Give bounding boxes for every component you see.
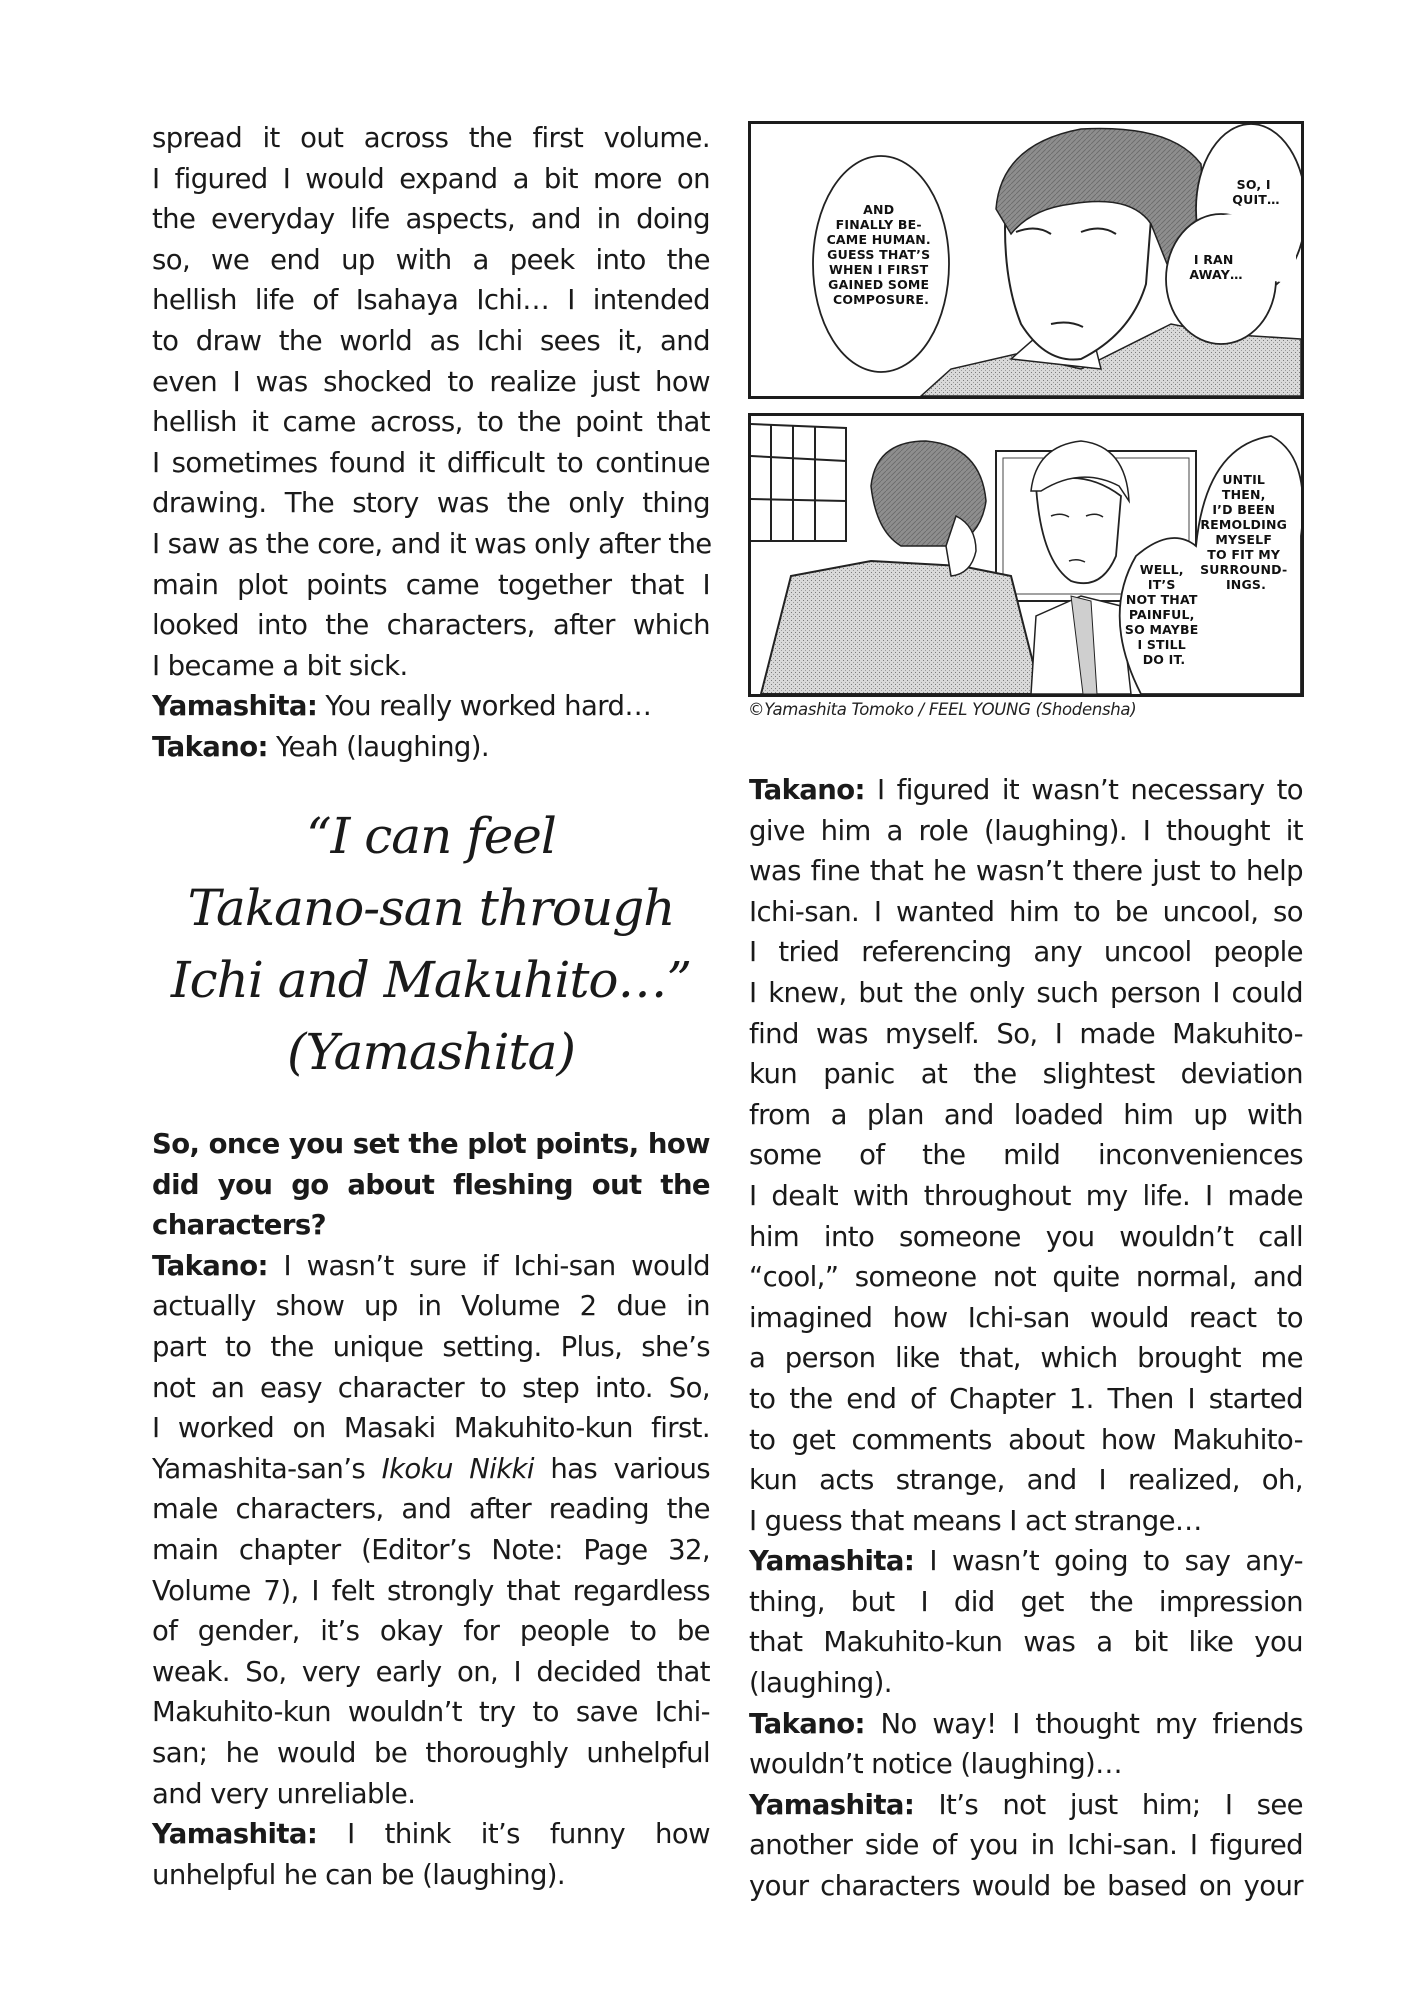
speaker-label: Yamashita: — [152, 1818, 317, 1850]
pull-quote-line: “I can feel — [152, 800, 710, 872]
body-line: not an easy character to step into. So, — [152, 1368, 710, 1409]
body-line: I worked on Masaki Makuhito-kun first. — [152, 1408, 710, 1449]
body-line: give him a role (laughing). I thought it — [749, 811, 1303, 852]
left-column: spread it out across the first volume. I… — [152, 118, 710, 768]
body-line: him into someone you wouldn’t call — [749, 1217, 1303, 1258]
manga-panel-1: AND FINALLY BE- CAME HUMAN. GUESS THAT’S… — [748, 121, 1304, 399]
body-line: drawing. The story was the only thing — [152, 483, 710, 524]
speaker-label: Takano: — [749, 774, 865, 806]
body-line: wouldn’t notice (laughing)… — [749, 1744, 1303, 1785]
body-line: actually show up in Volume 2 due in — [152, 1286, 710, 1327]
body-line: I saw as the core, and it was only after… — [152, 524, 710, 565]
body-line: the everyday life aspects, and in doing — [152, 199, 710, 240]
body-line: your characters would be based on your — [749, 1866, 1303, 1907]
body-line: san; he would be thoroughly unhelpful — [152, 1733, 710, 1774]
dialogue-line: Takano: No way! I thought my friends — [749, 1704, 1303, 1745]
dialogue-text: I wasn’t sure if Ichi-san would — [268, 1250, 710, 1282]
body-line: hellish life of Isahaya Ichi… I intended — [152, 280, 710, 321]
speaker-label: Takano: — [152, 731, 268, 763]
panel-2-art: UNTIL THEN, I’D BEEN REMOLDING MYSELF TO… — [751, 416, 1301, 694]
body-line: I dealt with throughout my life. I made — [749, 1176, 1303, 1217]
pull-quote-line: Takano-san through — [152, 872, 710, 944]
body-line: I became a bit sick. — [152, 646, 710, 687]
dialogue-line: Takano: Yeah (laughing). — [152, 727, 710, 768]
dialogue-text: I figured it wasn’t necessary to — [865, 774, 1303, 806]
interview-question: did you go about fleshing out the — [152, 1165, 710, 1206]
text-fragment: Yamashita-san’s — [152, 1453, 382, 1485]
body-line: spread it out across the first volume. — [152, 118, 710, 159]
body-line: part to the unique setting. Plus, she’s — [152, 1327, 710, 1368]
pull-quote-attribution: (Yamashita) — [152, 1016, 710, 1088]
body-line: another side of you in Ichi-san. I figur… — [749, 1825, 1303, 1866]
body-line: to get comments about how Makuhito- — [749, 1420, 1303, 1461]
body-line: even I was shocked to realize just how — [152, 362, 710, 403]
body-line: I guess that means I act strange… — [749, 1501, 1303, 1542]
panel-1-art: AND FINALLY BE- CAME HUMAN. GUESS THAT’S… — [751, 124, 1301, 396]
speech-bubble-right-top: SO, I QUIT… — [1232, 177, 1279, 207]
body-line: to draw the world as Ichi sees it, and — [152, 321, 710, 362]
body-line: thing, but I did get the impression — [749, 1582, 1303, 1623]
body-line: that Makuhito-kun was a bit like you — [749, 1622, 1303, 1663]
left-column-lower: So, once you set the plot points, how di… — [152, 1124, 710, 1895]
body-line: I sometimes found it difficult to contin… — [152, 443, 710, 484]
body-line: I tried referencing any uncool people — [749, 932, 1303, 973]
body-line: weak. So, very early on, I decided that — [152, 1652, 710, 1693]
speaker-label: Yamashita: — [749, 1545, 914, 1577]
body-line: imagined how Ichi-san would react to — [749, 1298, 1303, 1339]
dialogue-line: Yamashita: I wasn’t going to say any- — [749, 1541, 1303, 1582]
body-line: a person like that, which brought me — [749, 1338, 1303, 1379]
dialogue-text: No way! I thought my friends — [865, 1708, 1303, 1740]
body-line: unhelpful he can be (laughing). — [152, 1855, 710, 1896]
body-line: Ichi-san. I wanted him to be uncool, so — [749, 892, 1303, 933]
manga-panel-2: UNTIL THEN, I’D BEEN REMOLDING MYSELF TO… — [748, 413, 1304, 697]
body-line: some of the mild inconveniences — [749, 1135, 1303, 1176]
text-fragment: has various — [534, 1453, 710, 1485]
body-line: of gender, it’s okay for people to be — [152, 1611, 710, 1652]
body-line: looked into the characters, after which — [152, 605, 710, 646]
dialogue-text: I think it’s funny how — [317, 1818, 710, 1850]
body-line: kun acts strange, and I realized, oh, — [749, 1460, 1303, 1501]
body-line: “cool,” someone not quite normal, and — [749, 1257, 1303, 1298]
speaker-label: Takano: — [152, 1250, 268, 1282]
dialogue-line: Yamashita: I think it’s funny how — [152, 1814, 710, 1855]
dialogue-line: Takano: I figured it wasn’t necessary to — [749, 770, 1303, 811]
body-line: kun panic at the slightest deviation — [749, 1054, 1303, 1095]
body-line: to the end of Chapter 1. Then I started — [749, 1379, 1303, 1420]
dialogue-text: It’s not just him; I see — [914, 1789, 1303, 1821]
body-line: I figured I would expand a bit more on — [152, 159, 710, 200]
speaker-label: Yamashita: — [749, 1789, 914, 1821]
body-line: (laughing). — [749, 1663, 1303, 1704]
dialogue-line: Yamashita: It’s not just him; I see — [749, 1785, 1303, 1826]
dialogue-text: You really worked hard… — [317, 690, 651, 722]
dialogue-line: Yamashita: You really worked hard… — [152, 686, 710, 727]
body-line: main chapter (Editor’s Note: Page 32, — [152, 1530, 710, 1571]
right-column: Takano: I figured it wasn’t necessary to… — [749, 770, 1303, 1907]
interview-question: characters? — [152, 1205, 710, 1246]
body-line: main plot points came together that I — [152, 565, 710, 606]
speaker-label: Yamashita: — [152, 690, 317, 722]
body-line: and very unreliable. — [152, 1774, 710, 1815]
dialogue-line: Takano: I wasn’t sure if Ichi-san would — [152, 1246, 710, 1287]
body-line: find was myself. So, I made Makuhito- — [749, 1014, 1303, 1055]
body-line: Yamashita-san’s Ikoku Nikki has various — [152, 1449, 710, 1490]
body-line: from a plan and loaded him up with — [749, 1095, 1303, 1136]
body-line: Makuhito-kun wouldn’t try to save Ichi- — [152, 1692, 710, 1733]
body-line: male characters, and after reading the — [152, 1489, 710, 1530]
book-title: Ikoku Nikki — [382, 1453, 534, 1485]
speech-bubble-left: AND FINALLY BE- CAME HUMAN. GUESS THAT’S… — [827, 202, 936, 307]
speech-bubble-right-bottom: I RAN AWAY… — [1189, 252, 1242, 282]
body-line: was fine that he wasn’t there just to he… — [749, 851, 1303, 892]
copyright-caption: ©Yamashita Tomoko / FEEL YOUNG (Shodensh… — [748, 700, 1136, 719]
body-line: hellish it came across, to the point tha… — [152, 402, 710, 443]
pull-quote-line: Ichi and Makuhito…” — [152, 944, 710, 1016]
pull-quote: “I can feel Takano-san through Ichi and … — [152, 800, 710, 1088]
speaker-label: Takano: — [749, 1708, 865, 1740]
interview-question: So, once you set the plot points, how — [152, 1124, 710, 1165]
body-line: Volume 7), I felt strongly that regardle… — [152, 1571, 710, 1612]
body-line: so, we end up with a peek into the — [152, 240, 710, 281]
dialogue-text: Yeah (laughing). — [268, 731, 489, 763]
body-line: I knew, but the only such person I could — [749, 973, 1303, 1014]
dialogue-text: I wasn’t going to say any- — [914, 1545, 1303, 1577]
